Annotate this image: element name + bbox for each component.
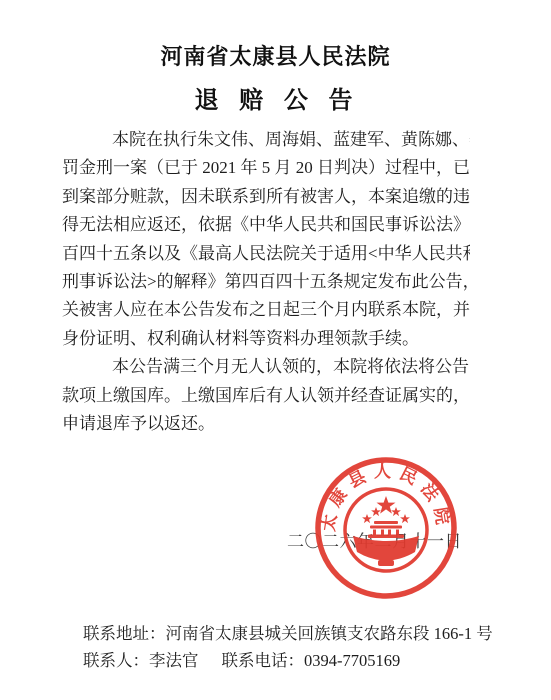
notice-title: 退 赔 公 告 <box>0 80 551 115</box>
court-name-title: 河南省太康县人民法院 <box>0 40 551 71</box>
body-line: 百四十五条以及《最高人民法院关于适用<中华人民共和国 <box>62 240 470 268</box>
body-line: 到案部分赃款，因未联系到所有被害人，本案追缴的违法所 <box>62 183 470 211</box>
body-line: 关被害人应在本公告发布之日起三个月内联系本院，并提交 <box>62 296 470 324</box>
body-line: 申请退库予以返还。 <box>62 410 470 438</box>
notice-body: 本院在执行朱文伟、周海娟、蓝建军、黄陈娜、李含俊、 罚金刑一案（已于 2021 … <box>62 126 470 438</box>
body-line: 身份证明、权利确认材料等资料办理领款手续。 <box>62 325 470 353</box>
body-line: 得无法相应返还，依据《中华人民共和国民事诉讼法》第二 <box>62 211 470 239</box>
body-line: 本公告满三个月无人认领的，本院将依法将公告的涉案 <box>62 353 470 381</box>
contact-phone: 联系电话：0394-7705169 <box>222 651 401 670</box>
contact-block: 联系地址：河南省太康县城关回族镇支农路东段 166-1 号 联系人：李法官联系电… <box>83 620 493 674</box>
contact-address: 联系地址：河南省太康县城关回族镇支农路东段 166-1 号 <box>83 620 493 647</box>
body-line: 刑事诉讼法>的解释》第四百四十五条规定发布此公告，相 <box>62 268 470 296</box>
national-emblem-icon <box>345 489 427 571</box>
contact-person: 联系人：李法官 <box>83 651 199 670</box>
court-seal: 太康县人民法院 <box>306 448 466 608</box>
body-line: 款项上缴国库。上缴国库后有人认领并经查证属实的，依法 <box>62 382 470 410</box>
body-line: 罚金刑一案（已于 2021 年 5 月 20 日判决）过程中，已追缴 <box>62 154 470 182</box>
notice-document-page: 河南省太康县人民法院 退 赔 公 告 本院在执行朱文伟、周海娟、蓝建军、黄陈娜、… <box>0 0 551 700</box>
contact-line: 联系人：李法官联系电话：0394-7705169 <box>83 647 493 674</box>
body-line: 本院在执行朱文伟、周海娟、蓝建军、黄陈娜、李含俊、 <box>62 126 470 154</box>
